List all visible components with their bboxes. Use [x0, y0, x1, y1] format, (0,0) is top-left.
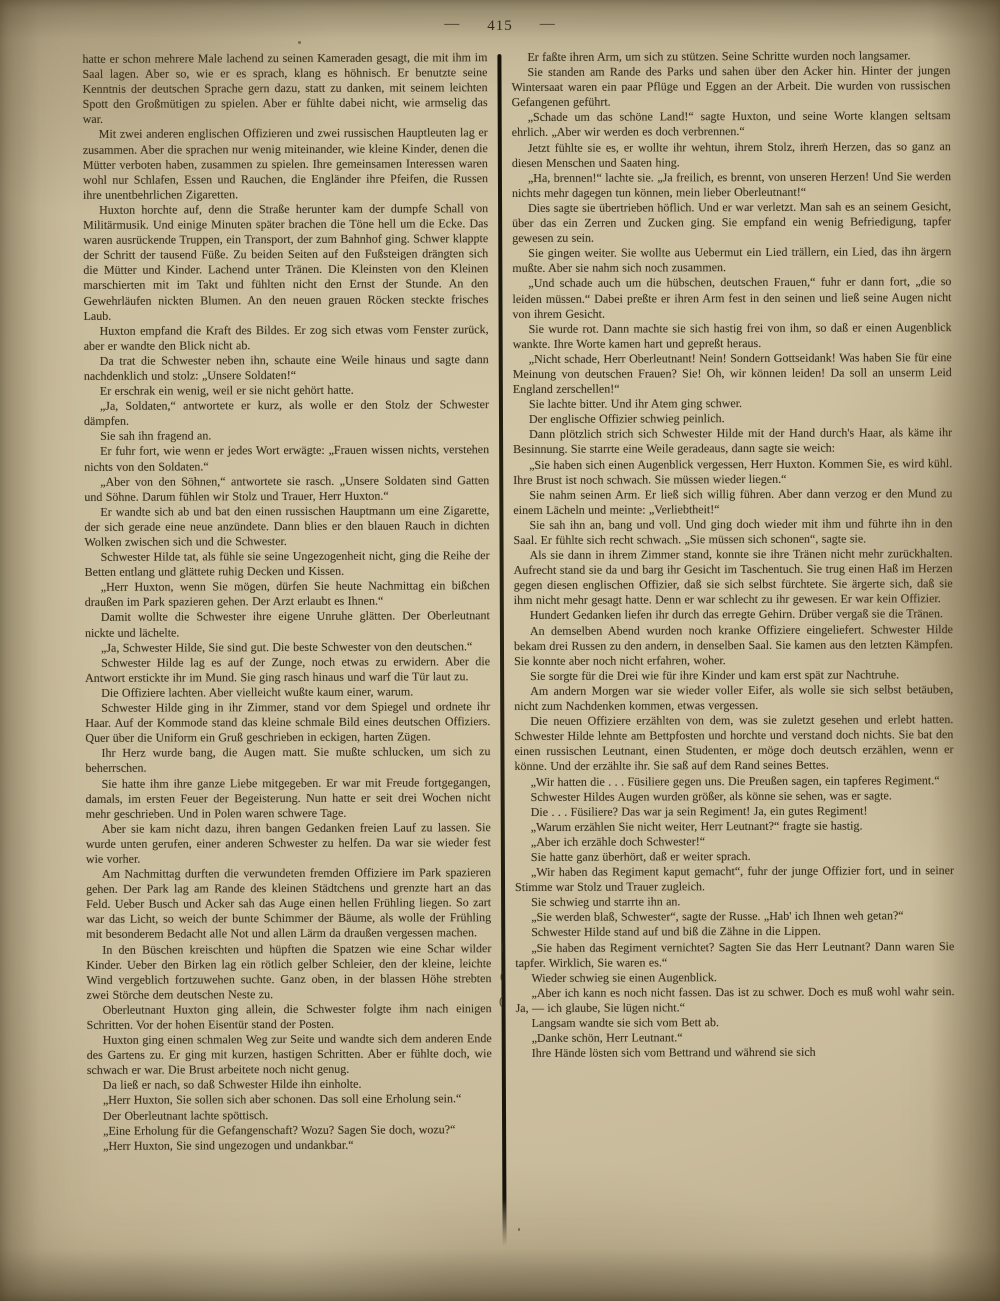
page-header: —415—	[0, 18, 1000, 35]
paragraph: Am andern Morgen war sie wieder voller E…	[514, 682, 953, 714]
paragraph: In den Büschen kreischten und hüpften di…	[86, 941, 491, 1003]
ink-speck	[823, 143, 825, 145]
paragraph: „Sie haben das Regiment vernichtet? Sagt…	[515, 939, 954, 971]
paragraph: An demselben Abend wurden noch kranke Of…	[514, 622, 953, 669]
paragraph: Er erschrak ein wenig, weil er sie nicht…	[84, 382, 489, 399]
paragraph: Er wandte sich ab und bat den einen russ…	[84, 503, 489, 550]
column-left: hatte er schon mehrere Male lachend zu s…	[82, 50, 492, 1154]
paragraph: Hundert Gedanken liefen ihr durch das er…	[514, 607, 953, 624]
paragraph: hatte er schon mehrere Male lachend zu s…	[82, 50, 487, 127]
margin-mark: (	[499, 993, 503, 1009]
paragraph: „Nicht schade, Herr Oberleutnant! Nein! …	[513, 350, 952, 397]
paragraph: Ihre Hände lösten sich vom Bettrand und …	[516, 1044, 955, 1061]
paragraph: Huxton empfand die Kraft des Bildes. Er …	[84, 322, 489, 354]
ink-speck	[298, 41, 301, 44]
paragraph: „Wir hatten die . . . Füsiliere gegen un…	[515, 773, 954, 790]
paragraph: Schwester Hilde lag es auf der Zunge, no…	[85, 654, 490, 686]
paragraph: „Herr Huxton, Sie sollen sich aber schon…	[87, 1092, 492, 1109]
paragraph: „Und schade auch um die hübschen, deutsc…	[512, 275, 951, 322]
paragraph: Huxton horchte auf, denn die Straße heru…	[83, 201, 489, 324]
paragraph: Schwester Hilde ging in ihr Zimmer, stan…	[85, 699, 490, 746]
paragraph: Schwester Hildes Augen wurden größer, al…	[515, 788, 954, 805]
paragraph: „Wir haben das Regiment kaput gemacht“, …	[515, 863, 954, 895]
paragraph: Aber sie kam nicht dazu, ihren bangen Ge…	[86, 820, 491, 867]
paragraph: „Herr Huxton, wenn Sie mögen, dürfen Sie…	[85, 578, 490, 610]
paragraph: „Herr Huxton, Sie sind ungezogen und und…	[87, 1137, 492, 1154]
paragraph: Dann plötzlich strich sich Schwester Hil…	[513, 425, 952, 457]
paragraph: Damit wollte die Schwester ihre eigene U…	[85, 609, 490, 641]
scanned-book-page: —415— hatte er schon mehrere Male lachen…	[0, 0, 1000, 1301]
paragraph: Sie standen am Rande des Parks und sahen…	[511, 63, 950, 110]
paragraph: „Ja, Soldaten,“ antwortete er kurz, als …	[84, 397, 489, 429]
paragraph: Sie gingen weiter. Sie wollte aus Ueberm…	[512, 244, 951, 276]
paragraph: Dies sagte sie übertrieben höflich. Und …	[512, 199, 951, 246]
paragraph: Schwester Hilde tat, als fühle sie seine…	[85, 548, 490, 580]
paragraph: Huxton ging einen schmalen Weg zur Seite…	[87, 1031, 492, 1078]
ink-speck	[518, 1228, 520, 1231]
paragraph: Mit zwei anderen englischen Offizieren u…	[83, 126, 488, 203]
header-dash-right: —	[540, 16, 556, 32]
paragraph: Am Nachmittag durften die verwundeten fr…	[86, 865, 491, 942]
paragraph: Sie sah ihn an, bang und voll. Und ging …	[513, 516, 952, 548]
paragraph: Oberleutnant Huxton ging allein, die Sch…	[87, 1001, 492, 1033]
paragraph: Da trat die Schwester neben ihn, schaute…	[84, 352, 489, 384]
paragraph: Der Oberleutnant lachte spöttisch.	[87, 1107, 492, 1124]
paragraph: Er fuhr fort, wie wenn er jedes Wort erw…	[84, 443, 489, 475]
header-dash-left: —	[444, 16, 460, 32]
paragraph: „Aber ich kann es noch nicht fassen. Das…	[515, 984, 954, 1016]
paragraph: „Sie werden blaß, Schwester“, sagte der …	[515, 908, 954, 925]
paragraph: Als sie dann in ihrem Zimmer stand, konn…	[514, 546, 953, 608]
column-right: Er faßte ihren Arm, um sich zu stützen. …	[511, 48, 954, 1061]
paragraph: „Sie haben sich einen Augenblick vergess…	[513, 456, 952, 488]
paragraph: Die Offiziere lachten. Aber vielleicht w…	[85, 684, 490, 701]
column-divider-rule	[497, 54, 506, 1246]
paragraph: „Aber von den Söhnen,“ antwortete sie ra…	[84, 473, 489, 505]
margin-mark: (	[501, 938, 505, 954]
paragraph: „Schade um das schöne Land!“ sagte Huxto…	[512, 108, 951, 140]
text-columns: hatte er schon mehrere Male lachend zu s…	[82, 48, 955, 1248]
paragraph: Jetzt fühlte sie es, er wollte ihr wehtu…	[512, 139, 951, 171]
paragraph: Da ließ er nach, so daß Schwester Hilde …	[87, 1076, 492, 1093]
paragraph: Sie sah ihn fragend an.	[84, 427, 489, 444]
paragraph: „Ha, brennen!“ lachte sie. „Ja freilich,…	[512, 169, 951, 201]
paragraph: „Ja, Schwester Hilde, Sie sind gut. Die …	[85, 639, 490, 656]
page-number: 415	[487, 18, 513, 34]
margin-mark: (	[500, 968, 504, 984]
paragraph: Die neuen Offiziere erzählten von dem, w…	[514, 712, 953, 774]
paragraph: Sie wurde rot. Dann machte sie sich hast…	[513, 320, 952, 352]
paragraph: Sie nahm seinen Arm. Er ließ sich willig…	[513, 486, 952, 518]
paragraph: Ihr Herz wurde bang, die Augen matt. Sie…	[85, 744, 490, 776]
paragraph: „Eine Erholung für die Gefangenschaft? W…	[87, 1122, 492, 1139]
paragraph: Sie hatte ihm ihre ganze Liebe mitgegebe…	[86, 775, 491, 822]
